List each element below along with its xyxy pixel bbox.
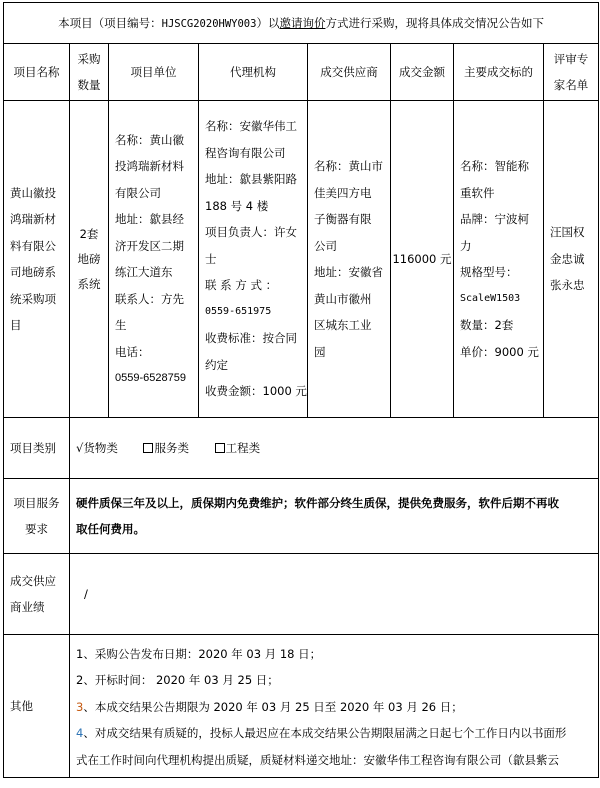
- service-text: 硬件质保三年及以上，质保期内免费维护；软件部分终生质保，提供免费服务，软件后期不…: [70, 479, 599, 554]
- project-code: HJSCG2020HWY003: [162, 18, 257, 30]
- project-unit-cell: 名称：黄山徽 投鸿瑞新材料 有限公司 地址：歙县经 济开发区二期 练江大道东 联…: [109, 101, 199, 418]
- project-name-cell: 黄山徽投 鸿瑞新材 料有限公 司地磅系 统采购项 目: [4, 101, 70, 418]
- supplier-performance-row: 成交供应 商业绩 /: [4, 554, 599, 635]
- other-items: 1、采购公告发布日期：2020 年 03 月 18 日； 2、开标时间： 202…: [70, 635, 599, 778]
- header-project-unit: 项目单位: [109, 44, 199, 101]
- experts-cell: 汪国权 金忠诚 张永忠: [544, 101, 599, 418]
- project-type-options: √货物类 服务类 工程类: [70, 418, 599, 479]
- notice-title: 本项目（项目编号：HJSCG2020HWY003）以邀请询价方式进行采购，现将具…: [4, 3, 599, 44]
- service-requirement-row: 项目服务 要求 硬件质保三年及以上，质保期内免费维护；软件部分终生质保，提供免费…: [4, 479, 599, 554]
- subject-cell: 名称：智能称 重软件 品牌：宁波柯 力 规格型号： ScaleW1503 数量：…: [454, 101, 544, 418]
- header-supplier: 成交供应商: [308, 44, 391, 101]
- service-label: 项目服务 要求: [4, 479, 70, 554]
- other-item-4: 4、对成交结果有质疑的，投标人最迟应在本成交结果公告期限届满之日起七个工作日内以…: [76, 720, 594, 747]
- quantity-cell: 2套 地磅 系统: [70, 101, 109, 418]
- amount-cell: 116000 元: [391, 101, 454, 418]
- other-item-3: 3、本成交结果公告期限为 2020 年 03 月 25 日至 2020 年 03…: [76, 694, 594, 721]
- option-goods: √货物类: [76, 441, 118, 455]
- table-row: 黄山徽投 鸿瑞新材 料有限公 司地磅系 统采购项 目 2套 地磅 系统 名称：黄…: [4, 101, 599, 418]
- title-prefix: 本项目（项目编号：: [58, 16, 162, 30]
- other-item-4-cont: 式在工作时间向代理机构提出质疑，质疑材料递交地址：安徽华伟工程咨询有限公司（歙县…: [76, 747, 594, 774]
- header-project-name: 项目名称: [4, 44, 70, 101]
- header-quantity: 采购数量: [70, 44, 109, 101]
- title-mid: ）以: [256, 16, 279, 30]
- agency-phone: 0559-651975: [205, 299, 303, 326]
- title-suffix: 方式进行采购，现将具体成交情况公告如下: [325, 16, 544, 30]
- award-notice-table: 本项目（项目编号：HJSCG2020HWY003）以邀请询价方式进行采购，现将具…: [3, 2, 599, 778]
- procurement-method: 邀请询价: [279, 16, 325, 30]
- header-amount: 成交金额: [391, 44, 454, 101]
- checkbox-icon: [143, 443, 153, 453]
- project-type-label: 项目类别: [4, 418, 70, 479]
- header-experts: 评审专家名单: [544, 44, 599, 101]
- header-row: 项目名称 采购数量 项目单位 代理机构 成交供应商 成交金额 主要成交标的 评审…: [4, 44, 599, 101]
- other-info-row: 其他 1、采购公告发布日期：2020 年 03 月 18 日； 2、开标时间： …: [4, 635, 599, 778]
- contact-phone: 0559-6528759: [115, 365, 194, 392]
- project-type-row: 项目类别 √货物类 服务类 工程类: [4, 418, 599, 479]
- other-item-2: 2、开标时间： 2020 年 03 月 25 日；: [76, 667, 594, 694]
- performance-label: 成交供应 商业绩: [4, 554, 70, 635]
- header-subject: 主要成交标的: [454, 44, 544, 101]
- other-item-1: 1、采购公告发布日期：2020 年 03 月 18 日；: [76, 641, 594, 668]
- model-number: ScaleW1503: [460, 286, 539, 313]
- option-services: 服务类: [143, 441, 189, 455]
- checkbox-icon: [215, 443, 225, 453]
- header-agency: 代理机构: [199, 44, 308, 101]
- performance-value: /: [70, 554, 599, 635]
- option-works: 工程类: [215, 441, 261, 455]
- other-label: 其他: [4, 635, 70, 778]
- supplier-cell: 名称：黄山市 佳美四方电 子衡器有限 公司 地址：安徽省 黄山市徽州 区城东工业…: [308, 101, 391, 418]
- agency-cell: 名称：安徽华伟工 程咨询有限公司 地址：歙县紫阳路 188 号 4 楼 项目负责…: [199, 101, 308, 418]
